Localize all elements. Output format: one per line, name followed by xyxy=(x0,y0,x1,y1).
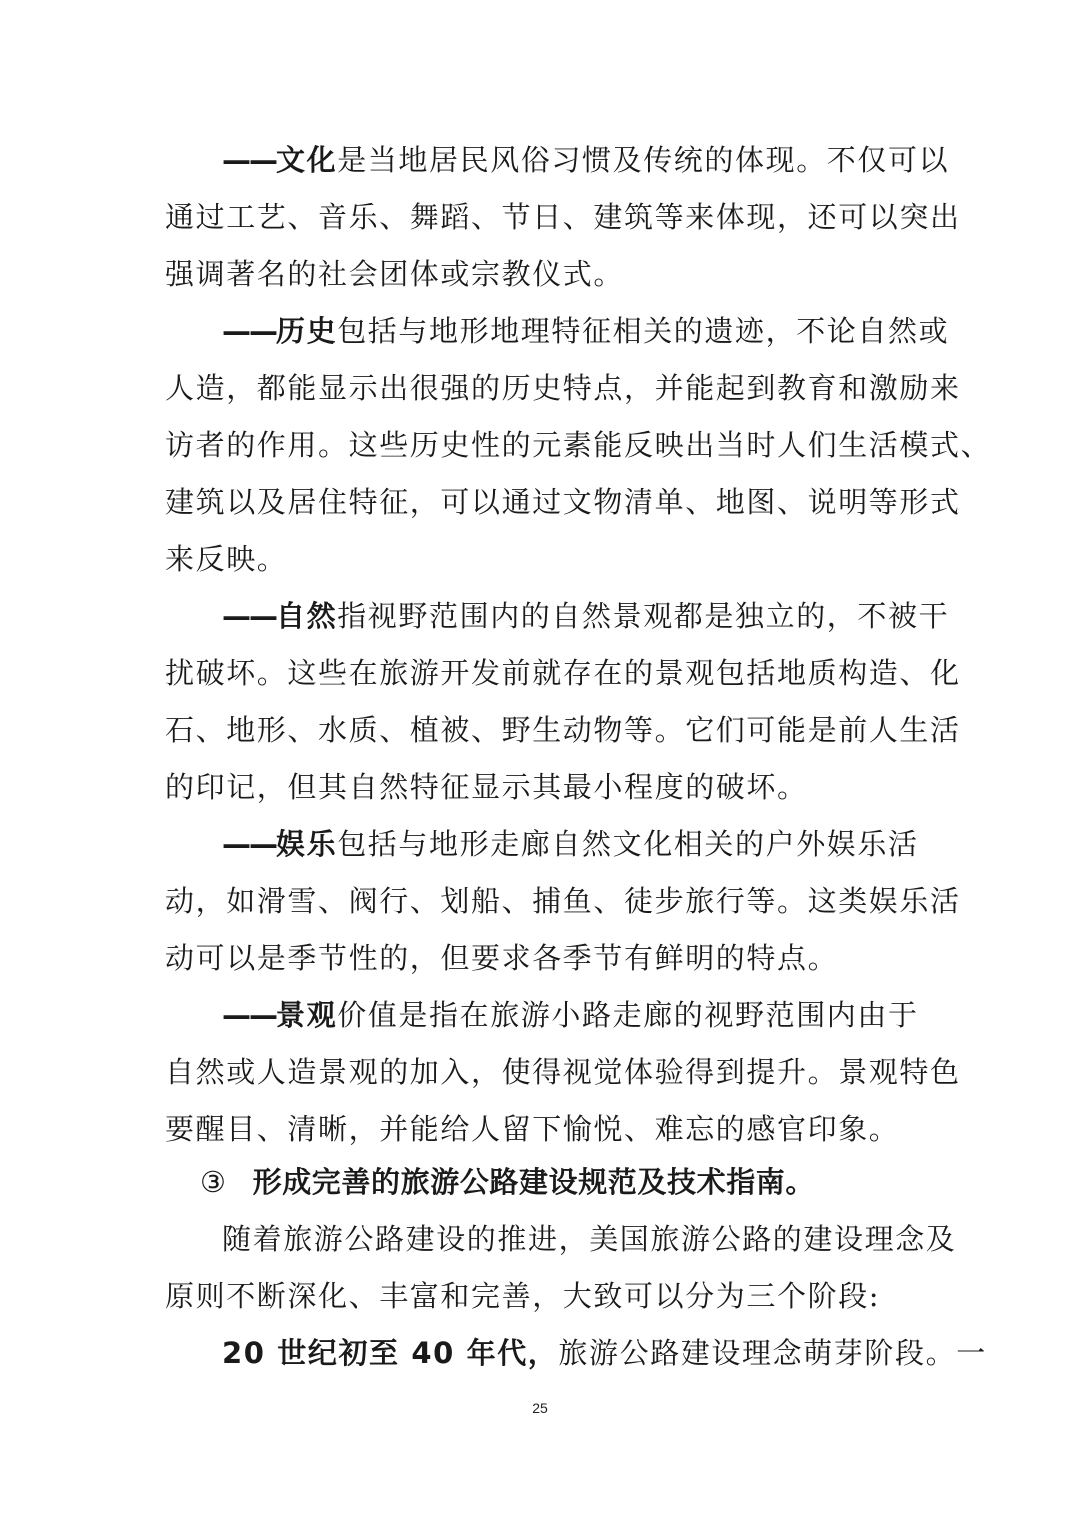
culture-line-1: ——文化是当地居民风俗习惯及传统的体现。不仅可以 xyxy=(222,142,982,178)
history-line-3: 访者的作用。这些历史性的元素能反映出当时人们生活模式、 xyxy=(165,427,925,463)
em-dash: —— xyxy=(222,143,276,177)
text: 指视野范围内的自然景观都是独立的，不被干 xyxy=(337,599,949,633)
culture-line-3: 强调著名的社会团体或宗教仪式。 xyxy=(165,256,925,292)
recreation-line-2: 动，如滑雪、阀行、划船、捕鱼、徒步旅行等。这类娱乐活 xyxy=(165,883,925,919)
scenery-line-2: 自然或人造景观的加入，使得视觉体验得到提升。景观特色 xyxy=(165,1054,925,1090)
recreation-line-1: ——娱乐包括与地形走廊自然文化相关的户外娱乐活 xyxy=(222,826,982,862)
stage-period: 20 世纪初至 40 年代， xyxy=(222,1336,558,1370)
keyword-recreation: 娱乐 xyxy=(276,827,337,861)
page-number: 25 xyxy=(0,1400,1080,1416)
keyword-history: 历史 xyxy=(276,314,337,348)
em-dash: —— xyxy=(222,827,276,861)
keyword-culture: 文化 xyxy=(276,143,337,177)
heading-text: 形成完善的旅游公路建设规范及技术指南。 xyxy=(253,1165,815,1199)
em-dash: —— xyxy=(222,998,276,1032)
text: 包括与地形走廊自然文化相关的户外娱乐活 xyxy=(337,827,918,861)
culture-line-2: 通过工艺、音乐、舞蹈、节日、建筑等来体现，还可以突出 xyxy=(165,199,925,235)
section-heading: ③形成完善的旅游公路建设规范及技术指南。 xyxy=(200,1164,960,1200)
nature-line-2: 扰破坏。这些在旅游开发前就存在的景观包括地质构造、化 xyxy=(165,655,925,691)
text: 价值是指在旅游小路走廊的视野范围内由于 xyxy=(337,998,918,1032)
keyword-scenery: 景观 xyxy=(276,998,337,1032)
history-line-5: 来反映。 xyxy=(165,541,925,577)
history-line-2: 人造，都能显示出很强的历史特点，并能起到教育和激励来 xyxy=(165,370,925,406)
stage-line: 20 世纪初至 40 年代，旅游公路建设理念萌芽阶段。一 xyxy=(222,1335,982,1371)
nature-line-1: ——自然指视野范围内的自然景观都是独立的，不被干 xyxy=(222,598,982,634)
stage-text: 旅游公路建设理念萌芽阶段。一 xyxy=(558,1336,986,1370)
paragraph-line-1: 随着旅游公路建设的推进，美国旅游公路的建设理念及 xyxy=(222,1221,982,1257)
history-line-1: ——历史包括与地形地理特征相关的遗迹，不论自然或 xyxy=(222,313,982,349)
circled-number-three: ③ xyxy=(200,1164,227,1200)
nature-line-3: 石、地形、水质、植被、野生动物等。它们可能是前人生活 xyxy=(165,712,925,748)
text: 包括与地形地理特征相关的遗迹，不论自然或 xyxy=(337,314,949,348)
scenery-line-3: 要醒目、清晰，并能给人留下愉悦、难忘的感官印象。 xyxy=(165,1111,925,1147)
keyword-nature: 自然 xyxy=(276,599,337,633)
recreation-line-3: 动可以是季节性的，但要求各季节有鲜明的特点。 xyxy=(165,940,925,976)
nature-line-4: 的印记，但其自然特征显示其最小程度的破坏。 xyxy=(165,769,925,805)
em-dash: —— xyxy=(222,599,276,633)
text: 是当地居民风俗习惯及传统的体现。不仅可以 xyxy=(337,143,949,177)
paragraph-line-2: 原则不断深化、丰富和完善，大致可以分为三个阶段: xyxy=(165,1278,925,1314)
document-page: ——文化是当地居民风俗习惯及传统的体现。不仅可以 通过工艺、音乐、舞蹈、节日、建… xyxy=(0,0,1080,1528)
history-line-4: 建筑以及居住特征，可以通过文物清单、地图、说明等形式 xyxy=(165,484,925,520)
em-dash: —— xyxy=(222,314,276,348)
scenery-line-1: ——景观价值是指在旅游小路走廊的视野范围内由于 xyxy=(222,997,982,1033)
